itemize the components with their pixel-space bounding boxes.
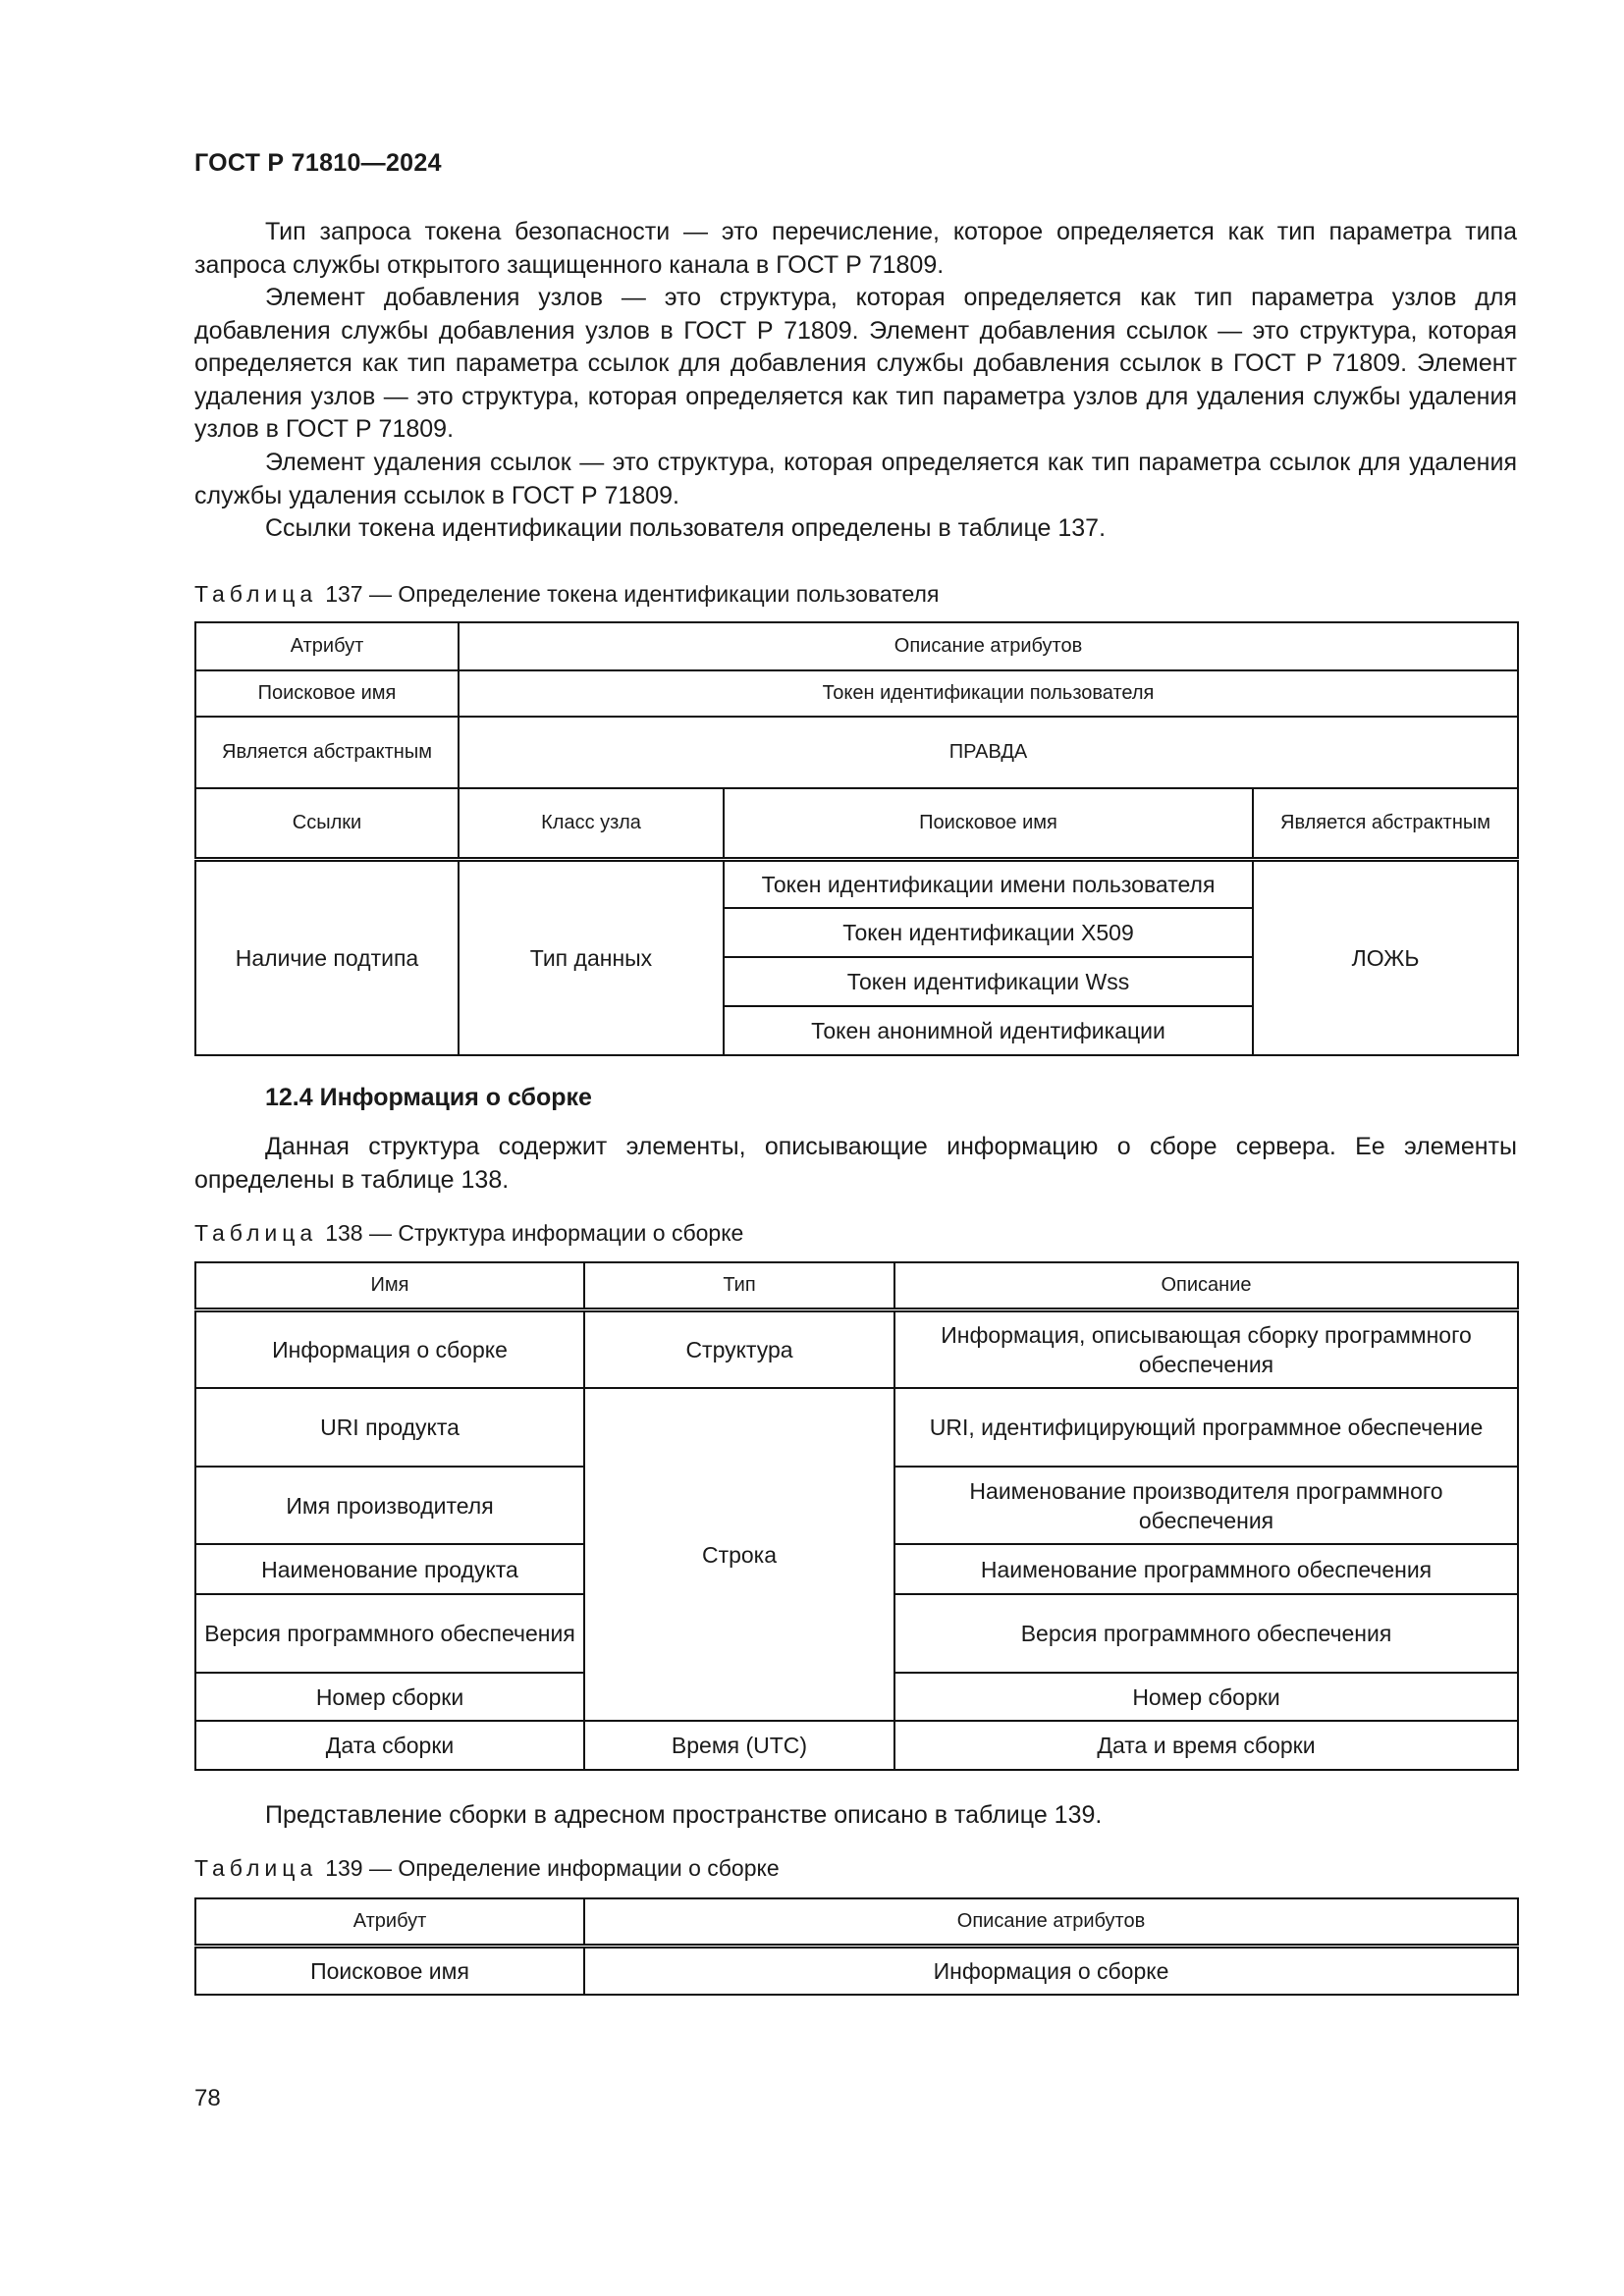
refs-header-is-abstract: Является абстрактным [1253, 788, 1518, 859]
browse-name-label: Поисковое имя [195, 1946, 584, 1995]
table-138-caption: Таблица138 — Структура информации о сбор… [194, 1220, 743, 1247]
cell-name: URI продукта [195, 1388, 584, 1467]
cell-name: Версия программного обеспечения [195, 1594, 584, 1673]
table-139-caption: Таблица139 — Определение информации о сб… [194, 1855, 780, 1882]
browse-name-value: Информация о сборке [584, 1946, 1518, 1995]
table-138: Имя Тип Описание Информация о сборке Стр… [194, 1261, 1519, 1771]
table-row: Наличие подтипа Тип данных Токен идентиф… [195, 859, 1518, 908]
cell-description: Информация, описывающая сборку программн… [894, 1309, 1518, 1388]
cell-name: Имя производителя [195, 1467, 584, 1544]
refs-header-references: Ссылки [195, 788, 459, 859]
paragraph-1-text: Тип запроса токена безопасности — это пе… [194, 218, 1517, 279]
paragraph-3: Элемент удаления ссылок — это структура,… [194, 447, 1517, 512]
table-row: Является абстрактным ПРАВДА [195, 717, 1518, 788]
caption-text: 138 — Структура информации о сборке [325, 1220, 743, 1246]
cell-type: Структура [584, 1309, 894, 1388]
is-abstract-item: ЛОЖЬ [1253, 859, 1518, 1055]
paragraph-2: Элемент добавления узлов — это структура… [194, 282, 1517, 447]
caption-word: Таблица [194, 581, 317, 607]
table-row: Имя Тип Описание [195, 1262, 1518, 1309]
desc-header: Описание атрибутов [584, 1898, 1518, 1946]
table-row: Поисковое имя Токен идентификации пользо… [195, 670, 1518, 717]
paragraph-after-138-text: Представление сборки в адресном простран… [265, 1801, 1102, 1829]
is-abstract-label: Является абстрактным [195, 717, 459, 788]
table-137: Атрибут Описание атрибутов Поисковое имя… [194, 621, 1519, 1056]
attr-header: Атрибут [195, 1898, 584, 1946]
cell-description: Дата и время сборки [894, 1721, 1518, 1770]
table-137-caption: Таблица137 — Определение токена идентифи… [194, 581, 939, 608]
header-type: Тип [584, 1262, 894, 1309]
desc-header: Описание атрибутов [459, 622, 1518, 670]
table-row: Информация о сборке Структура Информация… [195, 1309, 1518, 1388]
browse-name-item: Токен анонимной идентификации [724, 1006, 1253, 1055]
paragraph-3-text: Элемент удаления ссылок — это структура,… [194, 449, 1517, 509]
cell-description: Наименование программного обеспечения [894, 1544, 1518, 1594]
attr-header: Атрибут [195, 622, 459, 670]
header-name: Имя [195, 1262, 584, 1309]
browse-name-item: Токен идентификации Wss [724, 957, 1253, 1006]
refs-header-node-class: Класс узла [459, 788, 724, 859]
is-abstract-value: ПРАВДА [459, 717, 1518, 788]
table-row: Поисковое имя Информация о сборке [195, 1946, 1518, 1995]
section-heading: 12.4 Информация о сборке [265, 1084, 592, 1112]
table-row: Атрибут Описание атрибутов [195, 622, 1518, 670]
cell-name: Номер сборки [195, 1673, 584, 1721]
paragraph-2-text: Элемент добавления узлов — это структура… [194, 284, 1517, 443]
browse-name-item: Токен идентификации X509 [724, 908, 1253, 957]
table-139: Атрибут Описание атрибутов Поисковое имя… [194, 1897, 1519, 1996]
document-id-header: ГОСТ Р 71810—2024 [194, 149, 442, 178]
caption-text: 139 — Определение информации о сборке [325, 1855, 779, 1881]
header-description: Описание [894, 1262, 1518, 1309]
node-class-value: Тип данных [459, 859, 724, 1055]
paragraph-1: Тип запроса токена безопасности — это пе… [194, 216, 1517, 282]
paragraph-4: Ссылки токена идентификации пользователя… [194, 512, 1517, 546]
table-row: Атрибут Описание атрибутов [195, 1898, 1518, 1946]
table-row: URI продукта Строка URI, идентифицирующи… [195, 1388, 1518, 1467]
cell-name: Информация о сборке [195, 1309, 584, 1388]
section-intro-text: Данная структура содержит элементы, опис… [194, 1133, 1517, 1194]
cell-type: Время (UTC) [584, 1721, 894, 1770]
browse-name-value: Токен идентификации пользователя [459, 670, 1518, 717]
section-intro: Данная структура содержит элементы, опис… [194, 1131, 1517, 1197]
references-value: Наличие подтипа [195, 859, 459, 1055]
browse-name-label: Поисковое имя [195, 670, 459, 717]
table-row: Ссылки Класс узла Поисковое имя Является… [195, 788, 1518, 859]
cell-type: Строка [584, 1388, 894, 1721]
paragraph-4-text: Ссылки токена идентификации пользователя… [265, 514, 1106, 542]
cell-description: Номер сборки [894, 1673, 1518, 1721]
cell-name: Дата сборки [195, 1721, 584, 1770]
refs-header-browse-name: Поисковое имя [724, 788, 1253, 859]
cell-description: Версия программного обеспечения [894, 1594, 1518, 1673]
paragraph-after-138: Представление сборки в адресном простран… [194, 1799, 1517, 1833]
cell-description: URI, идентифицирующий программное обеспе… [894, 1388, 1518, 1467]
cell-name: Наименование продукта [195, 1544, 584, 1594]
caption-word: Таблица [194, 1855, 317, 1881]
browse-name-item: Токен идентификации имени пользователя [724, 859, 1253, 908]
table-row: Дата сборки Время (UTC) Дата и время сбо… [195, 1721, 1518, 1770]
caption-text: 137 — Определение токена идентификации п… [325, 581, 939, 607]
caption-word: Таблица [194, 1220, 317, 1246]
page-number: 78 [194, 2085, 221, 2112]
cell-description: Наименование производителя программного … [894, 1467, 1518, 1544]
